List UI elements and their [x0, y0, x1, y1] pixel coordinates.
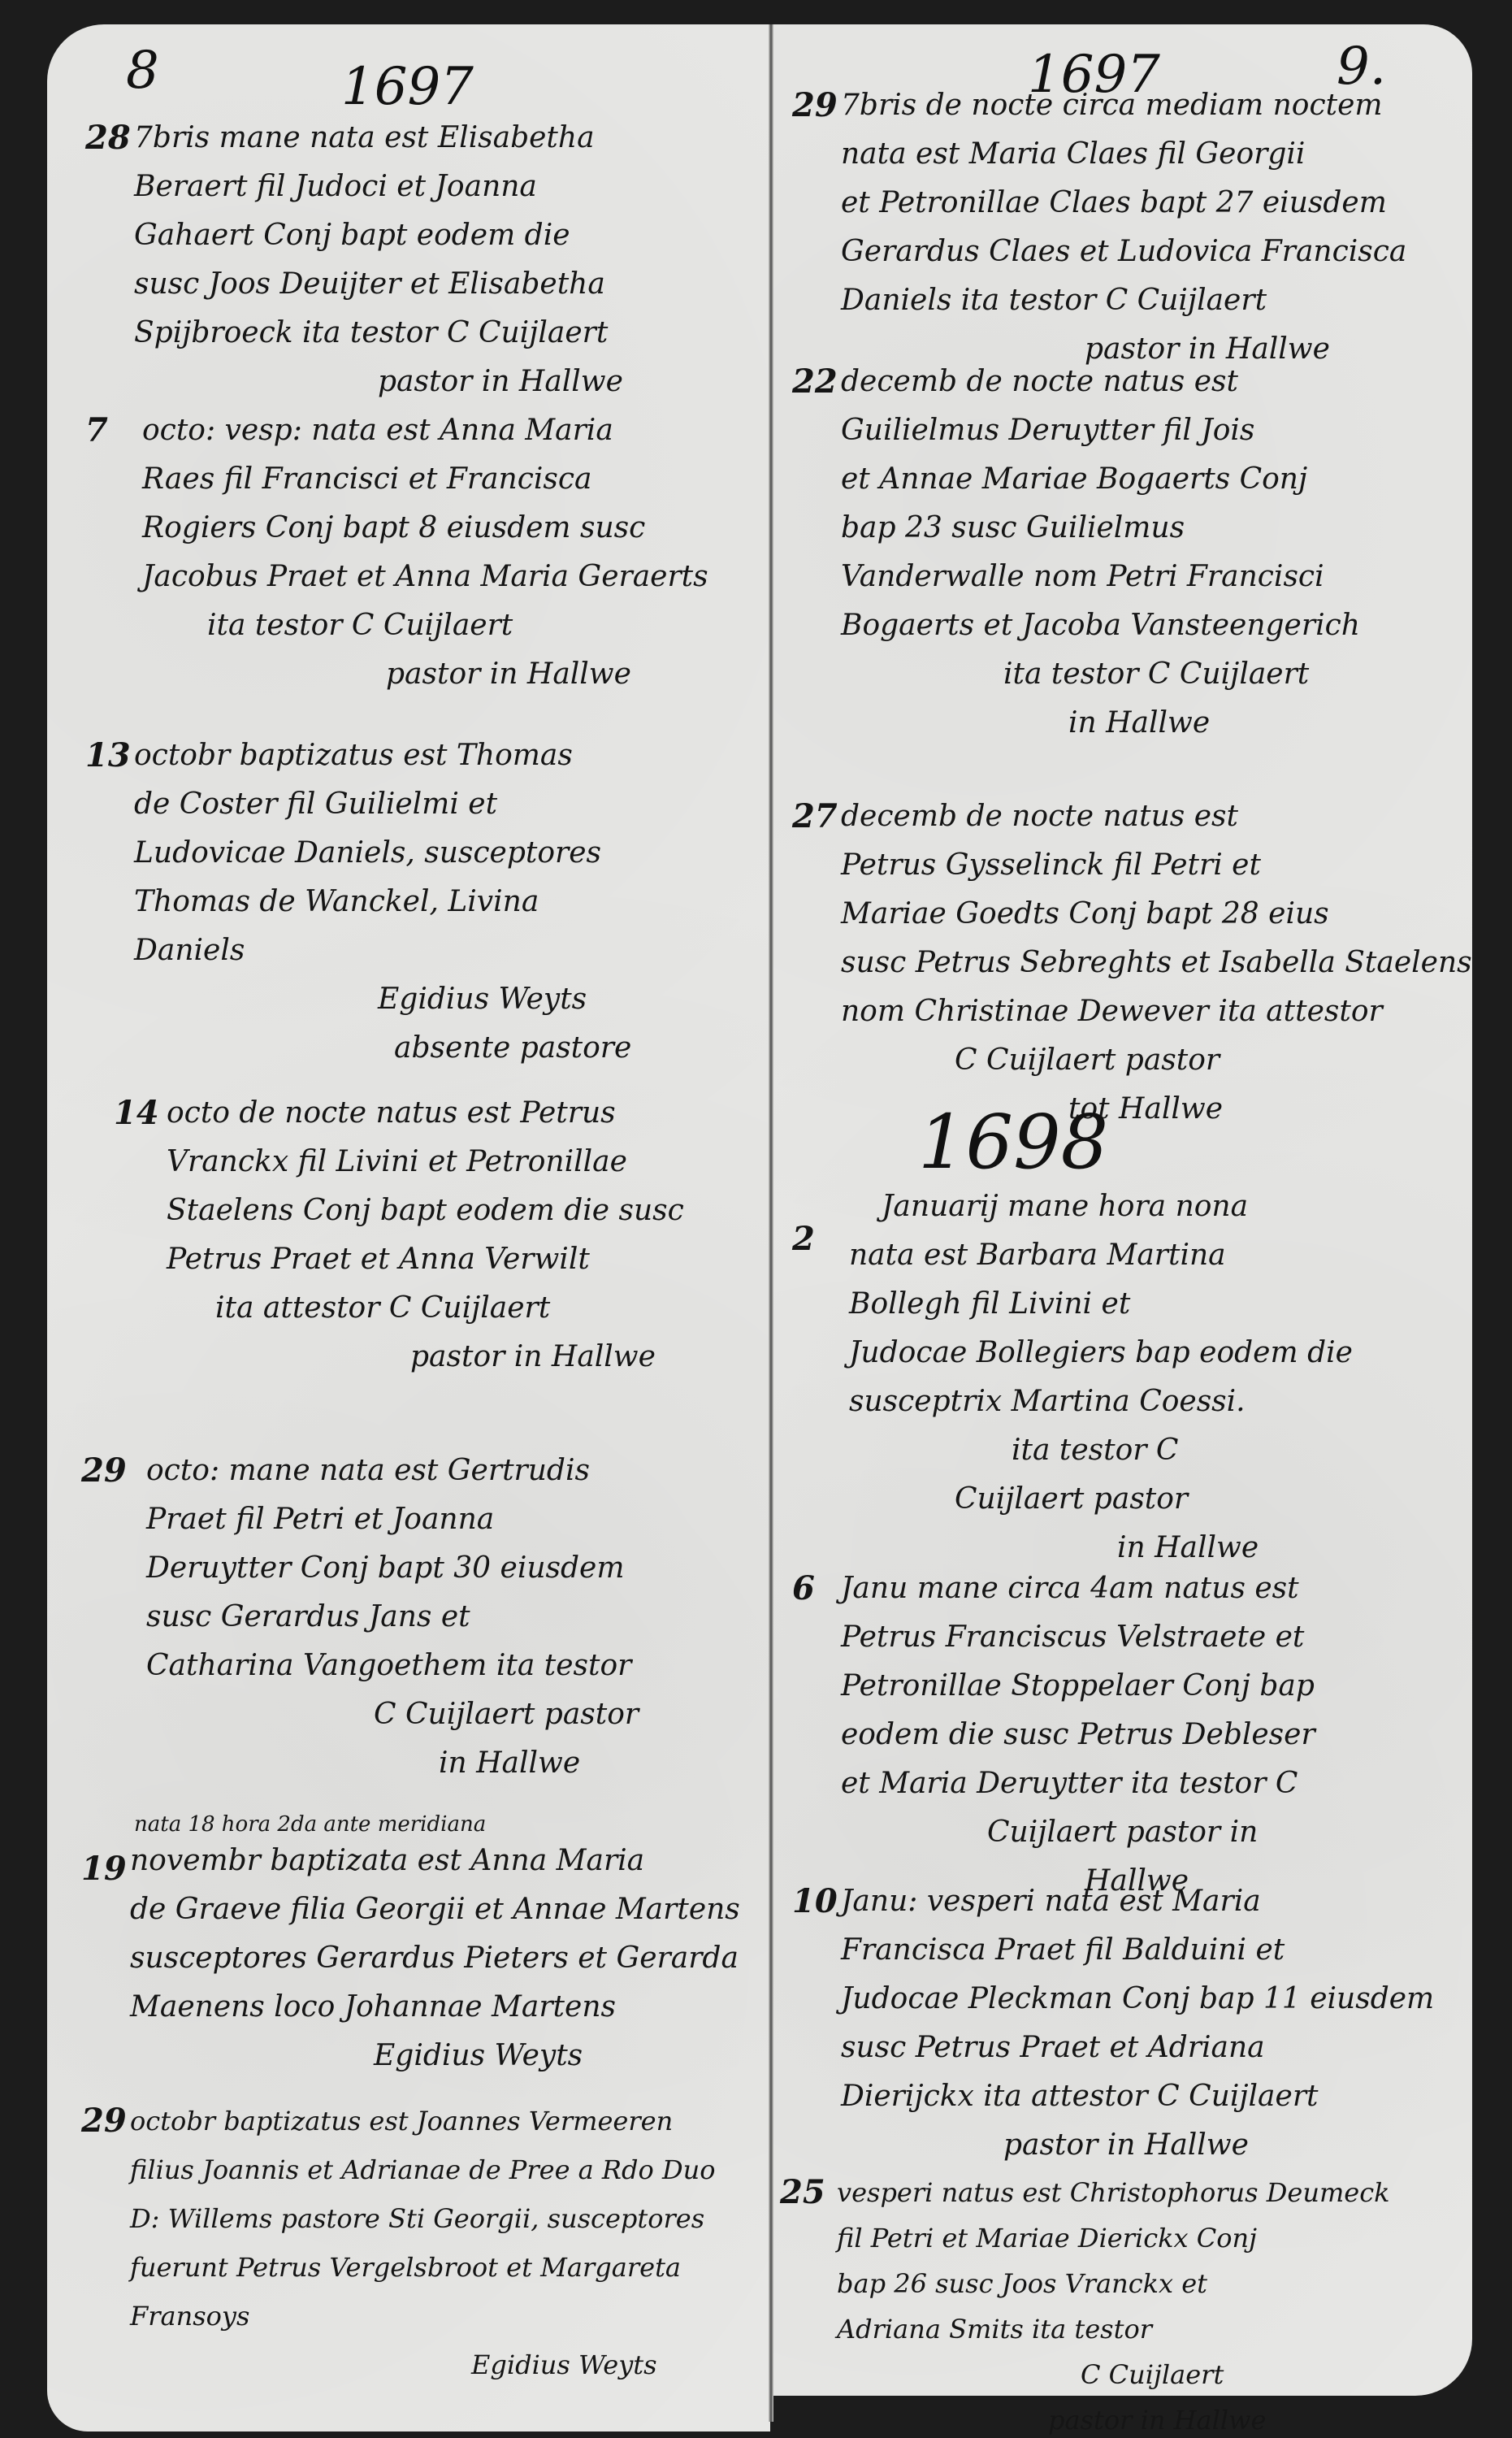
entry-line: Jacobus Praet et Anna Maria Geraerts: [142, 553, 760, 601]
entry-line: ita attestor C Cuijlaert: [167, 1284, 760, 1333]
entry-line: vesperi natus est Christophorus Deumeck: [837, 2170, 1467, 2215]
entry-line: susceptrix Martina Coessi.: [849, 1377, 1467, 1426]
entry-signature: pastor in Hallwe: [142, 650, 760, 699]
entry-line: et Annae Mariae Bogaerts Conj: [841, 455, 1467, 504]
entry-line: Thomas de Wanckel, Livina: [134, 878, 760, 926]
entry-line: Maenens loco Johannae Martens: [130, 1983, 764, 2032]
entry-line: Petronillae Stoppelaer Conj bap: [841, 1662, 1467, 1711]
baptism-entry: nata 18 hora 2da ante meridiana 19 novem…: [81, 1812, 764, 2080]
entry-line: eodem die susc Petrus Debleser: [841, 1711, 1467, 1759]
entry-date: 10: [792, 1877, 838, 1926]
baptism-entry: 2 Januarij mane hora nona nata est Barba…: [792, 1182, 1467, 1573]
entry-line: D: Willems pastore Sti Georgii, suscepto…: [130, 2194, 764, 2243]
entry-line: Janu mane circa 4am natus est: [841, 1564, 1467, 1613]
page-year-left: 1697: [341, 61, 474, 113]
entry-line: Fransoys: [130, 2292, 764, 2340]
entry-line: Cuijlaert pastor: [849, 1475, 1467, 1524]
entry-line: ita testor C Cuijlaert: [142, 601, 760, 650]
entry-date: 29: [81, 2097, 127, 2145]
entry-line: et Maria Deruytter ita testor C: [841, 1759, 1467, 1808]
entry-line: Judocae Bollegiers bap eodem die: [849, 1329, 1467, 1377]
entry-line: octo de nocte natus est Petrus: [167, 1089, 760, 1138]
entry-date: 19: [81, 1845, 127, 1894]
entry-line: Judocae Pleckman Conj bap 11 eiusdem: [841, 1975, 1467, 2024]
entry-line: octo: vesp: nata est Anna Maria: [142, 406, 760, 455]
entry-line: octobr baptizatus est Thomas: [134, 731, 760, 780]
entry-signature: in Hallwe: [841, 699, 1467, 748]
entry-line: octo: mane nata est Gertrudis: [146, 1447, 760, 1495]
entry-line: Cuijlaert pastor in: [841, 1808, 1467, 1857]
entry-line: Petrus Gysselinck fil Petri et: [841, 841, 1467, 890]
entry-signature: pastor in Hallwe: [167, 1333, 760, 1382]
entry-line: Vranckx fil Livini et Petronillae: [167, 1138, 760, 1186]
entry-line: Januarij mane hora nona: [849, 1182, 1467, 1231]
entry-signature-note: absente pastore: [134, 1024, 760, 1073]
entry-line: decemb de nocte natus est: [841, 792, 1467, 841]
entry-line: bap 26 susc Joos Vranckx et: [837, 2261, 1467, 2306]
entry-line: novembr baptizata est Anna Maria: [130, 1837, 764, 1885]
baptism-entry: 10 Janu: vesperi nata est Maria Francisc…: [792, 1877, 1467, 2170]
entry-line: Mariae Goedts Conj bapt 28 eius: [841, 890, 1467, 939]
entry-line: filius Joannis et Adrianae de Pree a Rdo…: [130, 2145, 764, 2194]
entry-line: Gerardus Claes et Ludovica Francisca: [841, 228, 1467, 276]
baptism-entry: 13 octobr baptizatus est Thomas de Coste…: [85, 731, 760, 1073]
entry-line: Staelens Conj bapt eodem die susc: [167, 1186, 760, 1235]
entry-date: 13: [85, 731, 131, 780]
entry-date: 29: [81, 1447, 127, 1495]
entry-line: Ludovicae Daniels, susceptores: [134, 829, 760, 878]
folio-number-left: 8: [126, 45, 159, 97]
entry-margin-note: nata 18 hora 2da ante meridiana: [81, 1812, 764, 1837]
entry-line: et Petronillae Claes bapt 27 eiusdem: [841, 179, 1467, 228]
entry-line: nom Christinae Dewever ita attestor: [841, 987, 1467, 1036]
entry-line: Daniels: [134, 926, 760, 975]
baptism-entry: 22 decemb de nocte natus est Guilielmus …: [792, 358, 1467, 748]
entry-line: susc Petrus Sebreghts et Isabella Staele…: [841, 939, 1467, 987]
entry-signature: pastor in Hallwe: [841, 2121, 1467, 2170]
baptism-entry: 25 vesperi natus est Christophorus Deume…: [780, 2170, 1467, 2438]
baptism-entry: 29 octo: mane nata est Gertrudis Praet f…: [81, 1447, 760, 1788]
entry-line: Janu: vesperi nata est Maria: [841, 1877, 1467, 1926]
entry-line: decemb de nocte natus est: [841, 358, 1467, 406]
entry-date: 29: [792, 81, 838, 130]
entry-line: fil Petri et Mariae Dierickx Conj: [837, 2215, 1467, 2261]
baptism-entry: 29 7bris de nocte circa mediam noctem na…: [792, 81, 1467, 374]
entry-signature: pastor in Hallwe: [837, 2397, 1467, 2438]
entry-line: susceptores Gerardus Pieters et Gerarda: [130, 1934, 764, 1983]
entry-line: Catharina Vangoethem ita testor: [146, 1642, 760, 1690]
entry-line: Beraert fil Judoci et Joanna: [134, 163, 760, 211]
entry-date: 14: [114, 1089, 159, 1138]
entry-line: Rogiers Conj bapt 8 eiusdem susc: [142, 504, 760, 553]
entry-line: bap 23 susc Guilielmus: [841, 504, 1467, 553]
entry-date: 28: [85, 114, 131, 163]
entry-line: Francisca Praet fil Balduini et: [841, 1926, 1467, 1975]
entry-date: 27: [792, 792, 838, 841]
year-heading-1698: 1698: [918, 1105, 1108, 1180]
entry-line: Guilielmus Deruytter fil Jois: [841, 406, 1467, 455]
entry-line: Spijbroeck ita testor C Cuijlaert: [134, 309, 760, 358]
entry-signature: Egidius Weyts: [130, 2032, 764, 2080]
entry-date: 25: [780, 2170, 825, 2215]
entry-date: 22: [792, 358, 838, 406]
baptism-entry: 28 7bris mane nata est Elisabetha Beraer…: [85, 114, 760, 406]
baptism-entry: 14 octo de nocte natus est Petrus Vranck…: [77, 1089, 760, 1382]
entry-line: Raes fil Francisci et Francisca: [142, 455, 760, 504]
entry-line: Deruytter Conj bapt 30 eiusdem: [146, 1544, 760, 1593]
entry-line: Petrus Praet et Anna Verwilt: [167, 1235, 760, 1284]
baptism-entry: 29 octobr baptizatus est Joannes Vermeer…: [81, 2097, 764, 2389]
entry-line: Daniels ita testor C Cuijlaert: [841, 276, 1467, 325]
baptism-entry: 6 Janu mane circa 4am natus est Petrus F…: [792, 1564, 1467, 1906]
entry-line: Gahaert Conj bapt eodem die: [134, 211, 760, 260]
entry-signature: in Hallwe: [146, 1739, 760, 1788]
entry-date: 6: [792, 1564, 815, 1613]
entry-line: C Cuijlaert: [837, 2352, 1467, 2397]
entry-line: susc Joos Deuijter et Elisabetha: [134, 260, 760, 309]
entry-line: Dierijckx ita attestor C Cuijlaert: [841, 2072, 1467, 2121]
entry-line: susc Petrus Praet et Adriana: [841, 2024, 1467, 2072]
entry-line: nata est Barbara Martina: [849, 1231, 1467, 1280]
baptism-entry: 7 octo: vesp: nata est Anna Maria Raes f…: [85, 406, 760, 699]
entry-line: C Cuijlaert pastor: [841, 1036, 1467, 1085]
entry-line: de Graeve filia Georgii et Annae Martens: [130, 1885, 764, 1934]
baptism-entry: 27 decemb de nocte natus est Petrus Gyss…: [792, 792, 1467, 1134]
entry-line: Vanderwalle nom Petri Francisci: [841, 553, 1467, 601]
entry-line: Bollegh fil Livini et: [849, 1280, 1467, 1329]
entry-line: nata est Maria Claes fil Georgii: [841, 130, 1467, 179]
entry-line: fuerunt Petrus Vergelsbroot et Margareta: [130, 2243, 764, 2292]
entry-date: 2: [792, 1215, 815, 1264]
entry-line: Petrus Franciscus Velstraete et: [841, 1613, 1467, 1662]
entry-line: Adriana Smits ita testor: [837, 2306, 1467, 2352]
entry-date: 7: [85, 406, 108, 455]
entry-signature: Egidius Weyts: [134, 975, 760, 1024]
entry-line: Bogaerts et Jacoba Vansteengerich: [841, 601, 1467, 650]
entry-line: 7bris de nocte circa mediam noctem: [841, 81, 1467, 130]
entry-line: 7bris mane nata est Elisabetha: [134, 114, 760, 163]
entry-line: Praet fil Petri et Joanna: [146, 1495, 760, 1544]
entry-line: ita testor C: [849, 1426, 1467, 1475]
entry-line: de Coster fil Guilielmi et: [134, 780, 760, 829]
entry-line: octobr baptizatus est Joannes Vermeeren: [130, 2097, 764, 2145]
entry-signature: Egidius Weyts: [130, 2340, 764, 2389]
entry-line: susc Gerardus Jans et: [146, 1593, 760, 1642]
entry-signature: pastor in Hallwe: [134, 358, 760, 406]
entry-line: C Cuijlaert pastor: [146, 1690, 760, 1739]
entry-line: ita testor C Cuijlaert: [841, 650, 1467, 699]
